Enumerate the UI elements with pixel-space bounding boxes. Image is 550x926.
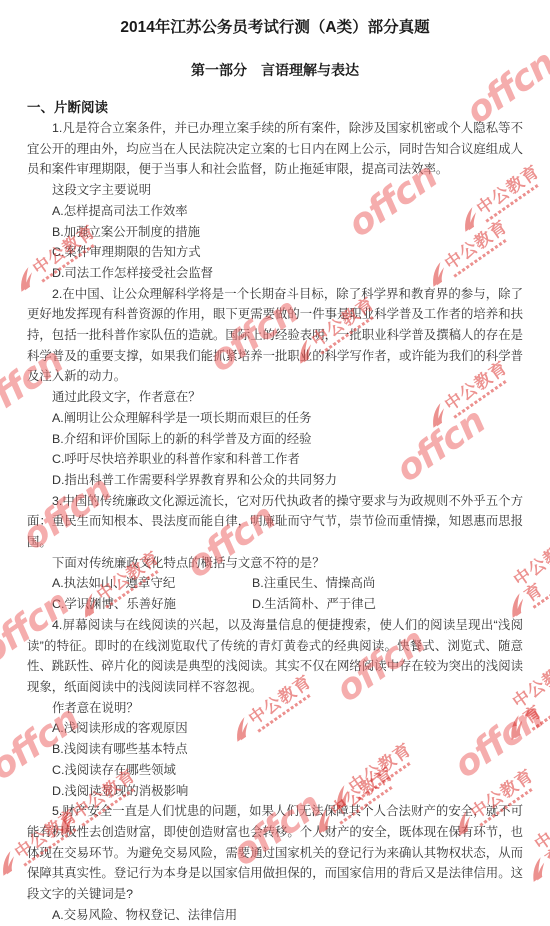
option: C.案件审理期限的告知方式 — [52, 242, 523, 263]
question-stem: 4.屏幕阅读与在线阅读的兴起，以及海量信息的便捷搜索，使人们的阅读呈现出“浅阅读… — [27, 615, 523, 698]
page-title: 2014年江苏公务员考试行测（A类）部分真题 — [0, 0, 550, 40]
option: C.浅阅读存在哪些领域 — [52, 760, 523, 781]
question-stem: 2.在中国、让公众理解科学将是一个长期奋斗目标，除了科学界和教育界的参与，除了更… — [27, 284, 523, 388]
question-prompt: 通过此段文字，作者意在？ — [27, 387, 523, 408]
option: D.司法工作怎样接受社会监督 — [52, 263, 523, 284]
option: B.加强立案公开制度的措施 — [52, 222, 523, 243]
question-1: 1.凡是符合立案条件，并已办理立案手续的所有案件，除涉及国家机密或个人隐私等不宜… — [27, 118, 523, 284]
question-prompt: 作者意在说明？ — [27, 698, 523, 719]
question-2: 2.在中国、让公众理解科学将是一个长期奋斗目标，除了科学界和教育界的参与，除了更… — [27, 284, 523, 491]
option: B.浅阅读有哪些基本特点 — [52, 739, 523, 760]
question-stem: 5.财产安全一直是人们忧患的问题，如果人们无法保障其个人合法财产的安全，就不可能… — [27, 801, 523, 905]
option: A.执法如山、遵章守纪 — [52, 573, 252, 594]
options-list: A.浅阅读形成的客观原因 B.浅阅读有哪些基本特点 C.浅阅读存在哪些领域 D.… — [27, 718, 523, 801]
options-list: A.执法如山、遵章守纪 B.注重民生、情操高尚 C.学识渊博、乐善好施 D.生活… — [27, 573, 523, 614]
document-content: 2014年江苏公务员考试行测（A类）部分真题 第一部分 言语理解与表达 一、片断… — [0, 0, 550, 925]
question-4: 4.屏幕阅读与在线阅读的兴起，以及海量信息的便捷搜索，使人们的阅读呈现出“浅阅读… — [27, 615, 523, 801]
question-3: 3.中国的传统廉政文化源远流长，它对历代执政者的操守要求与为政规则不外乎五个方面… — [27, 491, 523, 615]
question-stem: 3.中国的传统廉政文化源远流长，它对历代执政者的操守要求与为政规则不外乎五个方面… — [27, 491, 523, 553]
option: A.浅阅读形成的客观原因 — [52, 718, 523, 739]
options-list: A.阐明让公众理解科学是一项长期而艰巨的任务 B.介绍和评价国际上的新的科学普及… — [27, 408, 523, 491]
option: D.指出科普工作需要科学界教育界和公众的共同努力 — [52, 470, 523, 491]
option: A.交易风险、物权登记、法律信用 — [52, 905, 523, 926]
exam-document-page: 2014年江苏公务员考试行测（A类）部分真题 第一部分 言语理解与表达 一、片断… — [0, 0, 550, 926]
option: D.生活简朴、严于律己 — [252, 594, 523, 615]
question-5: 5.财产安全一直是人们忧患的问题，如果人们无法保障其个人合法财产的安全，就不可能… — [27, 801, 523, 925]
options-list: A.怎样提高司法工作效率 B.加强立案公开制度的措施 C.案件审理期限的告知方式… — [27, 201, 523, 284]
option: C.呼吁尽快培养职业的科普作家和科普工作者 — [52, 449, 523, 470]
option: B.注重民生、情操高尚 — [252, 573, 523, 594]
option: A.怎样提高司法工作效率 — [52, 201, 523, 222]
option: A.阐明让公众理解科学是一项长期而艰巨的任务 — [52, 408, 523, 429]
option: D.浅阅读显现的消极影响 — [52, 781, 523, 802]
question-prompt: 这段文字主要说明 — [27, 180, 523, 201]
options-list: A.交易风险、物权登记、法律信用 — [27, 905, 523, 926]
part-heading: 一、片断阅读 — [27, 98, 550, 118]
question-prompt: 下面对传统廉政文化特点的概括与文意不符的是？ — [27, 553, 523, 574]
section-title: 第一部分 言语理解与表达 — [0, 60, 550, 80]
question-stem: 1.凡是符合立案条件，并已办理立案手续的所有案件，除涉及国家机密或个人隐私等不宜… — [27, 118, 523, 180]
option: C.学识渊博、乐善好施 — [52, 594, 252, 615]
option: B.介绍和评价国际上的新的科学普及方面的经验 — [52, 429, 523, 450]
